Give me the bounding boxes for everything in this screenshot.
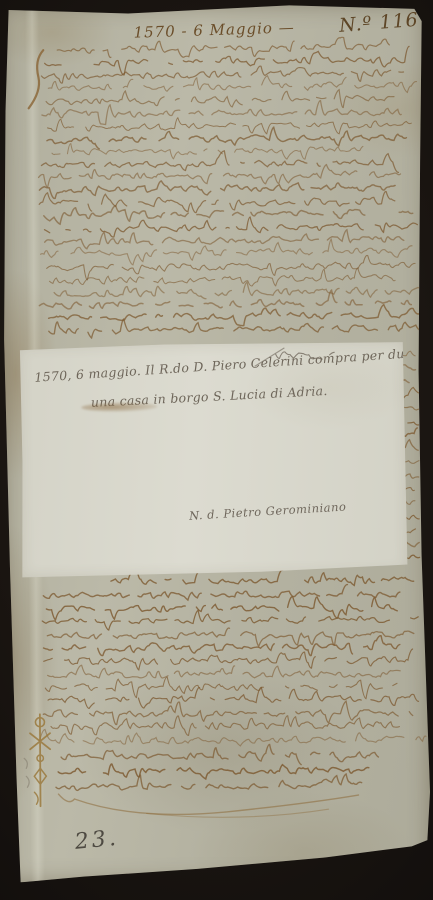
ink-smudge	[81, 402, 157, 412]
pen-flourish	[58, 792, 358, 818]
manuscript-sheet: 1570 - 6 Maggio — N.º 116 1570, 6 maggio…	[1, 4, 431, 883]
header-number: N.º 116	[338, 9, 419, 37]
manuscript-scan: 1570 - 6 Maggio — N.º 116 1570, 6 maggio…	[0, 0, 433, 900]
notary-sign-icon	[30, 714, 51, 806]
slip-notary-note: N. d. Pietro Gerominiano	[189, 500, 347, 523]
margin-marks	[24, 758, 29, 787]
opening-initial-icon	[28, 50, 43, 108]
header-date: 1570 - 6 Maggio —	[119, 18, 309, 42]
folio-number: 23.	[74, 826, 120, 855]
archival-slip: 1570, 6 maggio. Il R.do D. Piero Celerin…	[18, 340, 408, 578]
slip-annotation-line1: 1570, 6 maggio. Il R.do D. Piero Celerin…	[34, 343, 433, 385]
